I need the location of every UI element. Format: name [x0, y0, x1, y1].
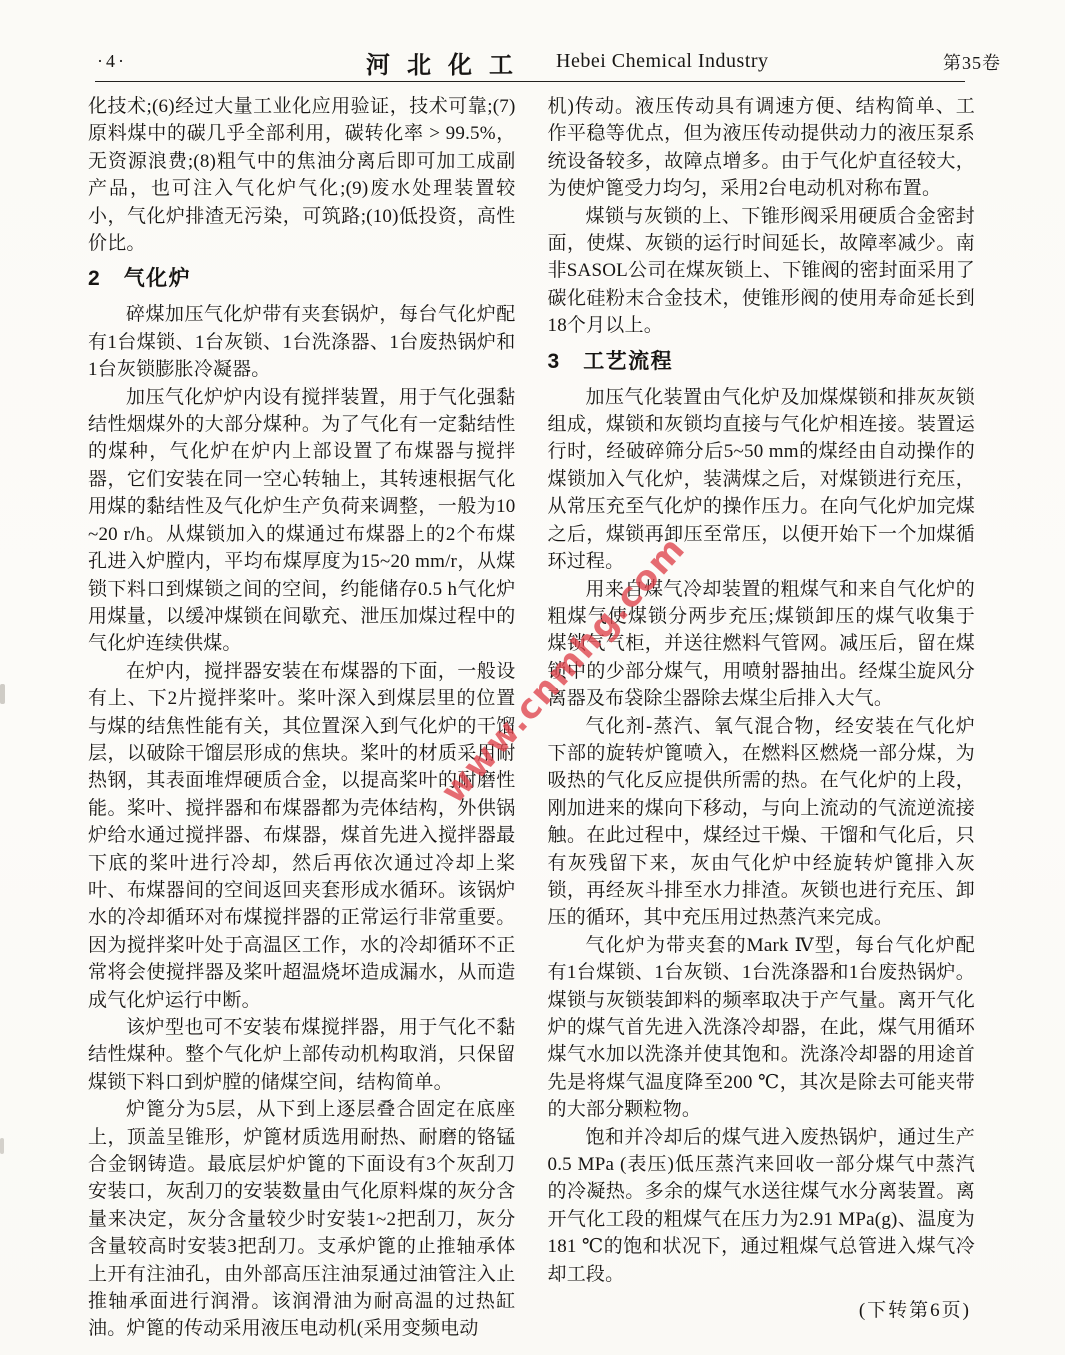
paragraph: 炉篦分为5层，从下到上逐层叠合固定在底座上，顶盖呈锥形，炉篦材质选用耐热、耐磨的… — [88, 1096, 516, 1343]
header-rule — [95, 81, 965, 82]
page-number: ·4· — [97, 51, 127, 72]
scan-smudge — [0, 684, 5, 704]
paragraph: 煤锁与灰锁的上、下锥形阀采用硬质合金密封面，使煤、灰锁的运行时间延长，故障率减少… — [548, 203, 976, 340]
paragraph: 在炉内，搅拌器安装在布煤器的下面，一般设有上、下2片搅拌桨叶。桨叶深入到煤层里的… — [88, 658, 516, 1014]
paragraph: 碎煤加压气化炉带有夹套锅炉，每台气化炉配有1台煤锁、1台灰锁、1台洗涤器、1台废… — [88, 301, 516, 383]
journal-title-en: Hebei Chemical Industry — [556, 50, 769, 73]
paragraph: 气化剂-蒸汽、氧气混合物，经安装在气化炉下部的旋转炉篦喷入，在燃料区燃烧一部分煤… — [548, 713, 976, 932]
paragraph: 该炉型也可不安装布煤搅拌器，用于气化不黏结性煤种。整个气化炉上部传动机构取消，只… — [88, 1014, 516, 1096]
paragraph: 饱和并冷却后的煤气进入废热锅炉，通过生产0.5 MPa (表压)低压蒸汽来回收一… — [548, 1124, 976, 1288]
article-body: 化技术;(6)经过大量工业化应用验证，技术可靠;(7)原料煤中的碳几乎全部利用，… — [88, 93, 975, 1343]
section-title: 气化炉 — [124, 267, 192, 290]
paragraph: 用来自煤气冷却装置的粗煤气和来自气化炉的粗煤气使煤锁分两步充压;煤锁卸压的煤气收… — [548, 576, 976, 713]
section-number: 2 — [88, 267, 100, 290]
paragraph-continuation: 机)传动。液压传动具有调速方便、结构简单、工作平稳等优点，但为液压传动提供动力的… — [548, 93, 976, 203]
paragraph-continuation: 化技术;(6)经过大量工业化应用验证，技术可靠;(7)原料煤中的碳几乎全部利用，… — [88, 93, 516, 257]
left-column: 化技术;(6)经过大量工业化应用验证，技术可靠;(7)原料煤中的碳几乎全部利用，… — [88, 93, 516, 1343]
right-column: 机)传动。液压传动具有调速方便、结构简单、工作平稳等优点，但为液压传动提供动力的… — [548, 93, 976, 1324]
section-heading: 3工艺流程 — [548, 348, 976, 375]
paragraph: 气化炉为带夹套的Mark Ⅳ型，每台气化炉配有1台煤锁、1台灰锁、1台洗涤器和1… — [548, 932, 976, 1124]
scan-smudge — [0, 1138, 4, 1154]
section-number: 3 — [548, 350, 560, 373]
volume-label: 第35卷 — [943, 49, 1001, 75]
section-title: 工艺流程 — [583, 350, 673, 373]
paragraph: 加压气化装置由气化炉及加煤煤锁和排灰灰锁组成，煤锁和灰锁均直接与气化炉相连接。装… — [548, 384, 976, 576]
journal-title-cn: 河北化工 — [366, 45, 530, 80]
paragraph: 加压气化炉炉内设有搅拌装置，用于气化强黏结性烟煤外的大部分煤种。为了气化有一定黏… — [88, 384, 516, 658]
section-heading: 2气化炉 — [88, 265, 516, 292]
journal-page: ·4· 河北化工 Hebei Chemical Industry 第35卷 化技… — [0, 0, 1065, 1355]
continued-note: (下转第6页) — [548, 1297, 976, 1324]
